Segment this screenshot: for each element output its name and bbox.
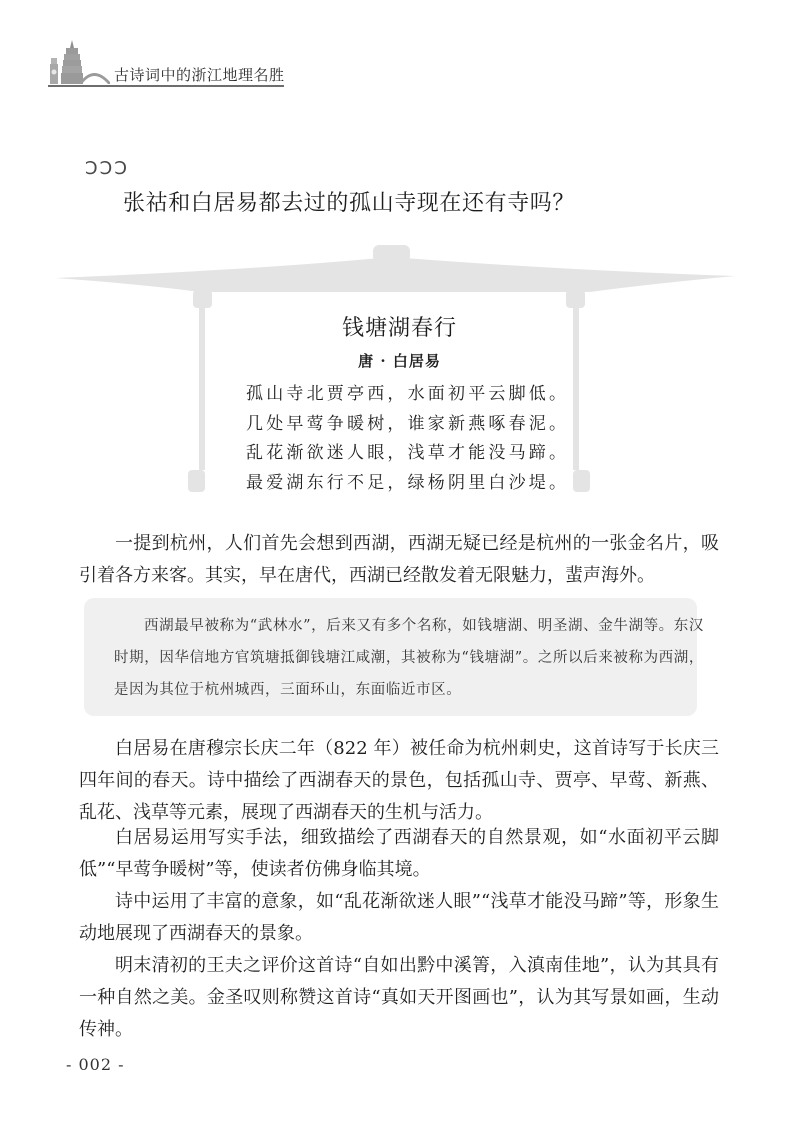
- poem-author: 唐 · 白居易: [0, 350, 799, 371]
- body-paragraph: 白居易运用写实手法，细致描绘了西湖春天的自然景观，如“水面初平云脚低”“早莺争暖…: [79, 822, 719, 886]
- body-paragraph: 一提到杭州，人们首先会想到西湖，西湖无疑已经是杭州的一张金名片，吸引着各方来客。…: [79, 528, 719, 592]
- body-paragraph: 明末清初的王夫之评价这首诗“自如出黔中溪箐，入滇南佳地”，认为其具有一种自然之美…: [79, 950, 719, 1046]
- page-number: - 002 -: [66, 1055, 125, 1074]
- question-title: 张祜和白居易都去过的孤山寺现在还有寺吗？: [123, 186, 575, 217]
- poem-line: 几处早莺争暖树，谁家新燕啄春泥。: [246, 410, 569, 440]
- poem-line: 乱花渐欲迷人眼，浅草才能没马蹄。: [246, 439, 569, 469]
- body-paragraph: 白居易在唐穆宗长庆二年（822 年）被任命为杭州刺史，这首诗写于长庆三四年间的春…: [79, 733, 719, 829]
- poem-title: 钱塘湖春行: [0, 311, 799, 342]
- note-text: 西湖最早被称为“武林水”，后来又有多个名称，如钱塘湖、明圣湖、金牛湖等。东汉时期…: [114, 610, 704, 706]
- poem-line: 最爱湖东行不足，绿杨阴里白沙堤。: [246, 469, 569, 499]
- poem-line: 孤山寺北贾亭西，水面初平云脚低。: [246, 380, 569, 410]
- running-header: 古诗词中的浙江地理名胜: [48, 38, 284, 86]
- poem-body: 孤山寺北贾亭西，水面初平云脚低。 几处早莺争暖树，谁家新燕啄春泥。 乱花渐欲迷人…: [246, 380, 569, 498]
- pagoda-bridge-icon: [48, 38, 118, 86]
- note-box: 西湖最早被称为“武林水”，后来又有多个名称，如钱塘湖、明圣湖、金牛湖等。东汉时期…: [84, 598, 697, 716]
- question-marker-icon: ↃↃↃ: [85, 158, 129, 179]
- body-paragraph: 诗中运用了丰富的意象，如“乱花渐欲迷人眼”“浅草才能没马蹄”等，形象生动地展现了…: [79, 886, 719, 950]
- running-header-rule: [48, 85, 284, 87]
- running-header-title: 古诗词中的浙江地理名胜: [114, 64, 285, 85]
